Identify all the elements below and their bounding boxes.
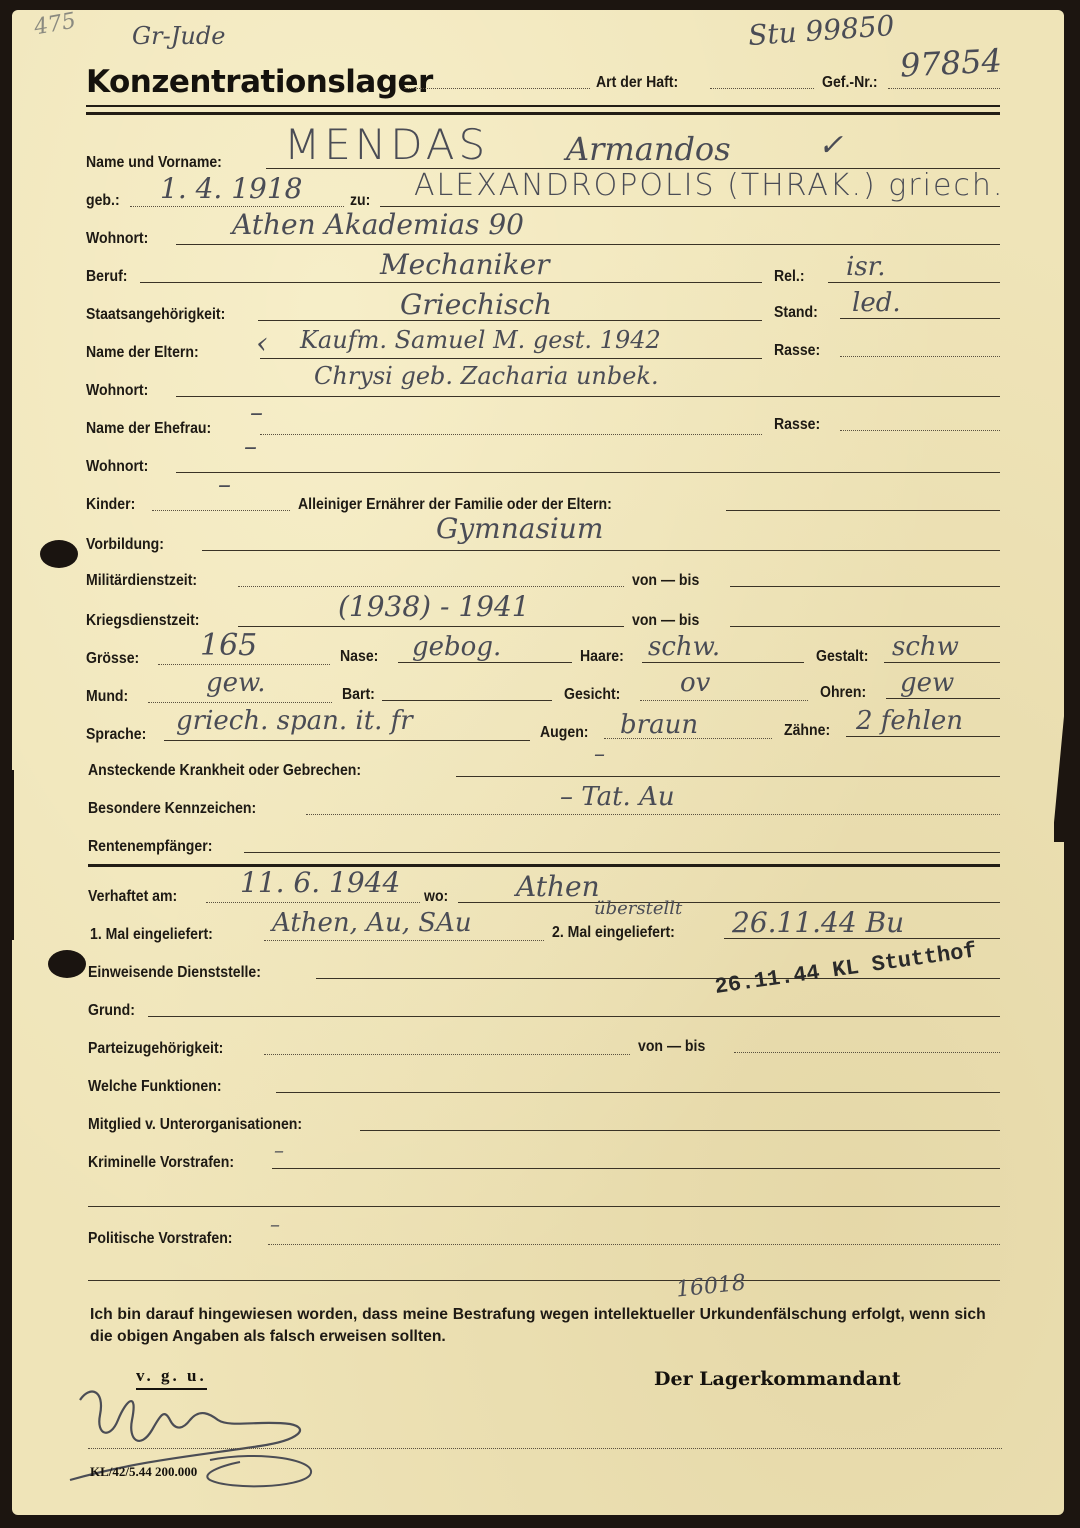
krieg-label: Kriegsdienstzeit: [86, 612, 199, 630]
beruf-label: Beruf: [86, 268, 127, 286]
gef-nr-value: 97854 [899, 41, 1003, 84]
geb-label: geb.: [86, 192, 120, 210]
kinder-value: – [218, 470, 231, 500]
politische-label: Politische Vorstrafen: [88, 1230, 232, 1248]
eltern-wohnort-label: Wohnort: [86, 382, 148, 400]
eltern-father-value: Kaufm. Samuel M. gest. 1942 [300, 326, 661, 354]
vorbildung-label: Vorbildung: [86, 536, 164, 554]
nase-value: gebog. [412, 632, 501, 662]
nase-field[interactable] [398, 662, 572, 663]
groesse-value: 165 [200, 628, 257, 663]
staat-label: Staatsangehörigkeit: [86, 306, 225, 324]
groesse-field[interactable] [158, 664, 330, 665]
eltern-mother-value: Chrysi geb. Zacharia unbek. [314, 362, 659, 390]
gef-nr-label: Gef.-Nr.: [822, 74, 878, 92]
signature-line [88, 1448, 1002, 1449]
verhaftet-field[interactable] [206, 902, 420, 903]
gesicht-label: Gesicht: [564, 686, 620, 704]
mitglied-label: Mitglied v. Unterorganisationen: [88, 1116, 302, 1134]
krieg-value: (1938) - 1941 [338, 590, 530, 623]
ernaehrer-field[interactable] [726, 510, 1000, 511]
eltern-field[interactable] [260, 358, 762, 359]
rasse-label: Rasse: [774, 342, 820, 360]
geb-value: 1. 4. 1918 [160, 172, 303, 205]
partei-bis-field[interactable] [734, 1052, 1000, 1053]
ohren-field[interactable] [886, 698, 1000, 699]
kriminelle-field-line2[interactable] [88, 1206, 1000, 1207]
zu-field[interactable] [380, 206, 1000, 207]
krieg-bis-field[interactable] [730, 626, 1000, 627]
partei-field[interactable] [264, 1054, 630, 1055]
militaer-field[interactable] [238, 586, 624, 587]
zaehne-label: Zähne: [784, 722, 830, 740]
krieg-field[interactable] [238, 626, 624, 627]
ehefrau-wohnort-field[interactable] [176, 472, 1000, 473]
kennzeichen-field[interactable] [306, 814, 1000, 815]
partei-von-bis-label: von — bis [638, 1038, 705, 1056]
rel-value: isr. [846, 252, 886, 282]
bracket-icon: ‹ [256, 326, 268, 361]
rel-label: Rel.: [774, 268, 805, 286]
ehefrau-value: – [250, 398, 263, 428]
bart-label: Bart: [342, 686, 375, 704]
paper-edge-tear-left [0, 770, 14, 940]
art-der-haft-label: Art der Haft: [596, 74, 678, 92]
einweisende-field[interactable] [316, 978, 1000, 979]
stand-value: led. [852, 288, 901, 318]
haare-label: Haare: [580, 648, 624, 666]
rasse2-label: Rasse: [774, 416, 820, 434]
politische-field[interactable] [268, 1244, 1000, 1245]
mund-field[interactable] [148, 702, 332, 703]
krankheit-label: Ansteckende Krankheit oder Gebrechen: [88, 762, 361, 780]
ehefrau-field[interactable] [260, 434, 762, 435]
gesicht-value: ov [680, 668, 710, 698]
augen-value: braun [620, 710, 698, 740]
bart-field[interactable] [382, 700, 552, 701]
politische-value: – [270, 1212, 280, 1236]
section-rule [88, 864, 1000, 867]
surname-value: MENDAS [284, 120, 489, 169]
punch-hole-icon [48, 950, 86, 978]
rente-label: Rentenempfänger: [88, 838, 212, 856]
verhaftet-label: Verhaftet am: [88, 888, 177, 906]
krankheit-value: – [594, 742, 605, 767]
ohren-value: gew [900, 668, 954, 698]
name-label: Name und Vorname: [86, 154, 222, 172]
groesse-label: Grösse: [86, 650, 139, 668]
partei-label: Parteizugehörigkeit: [88, 1040, 223, 1058]
rel-field[interactable] [828, 282, 1000, 283]
haare-field[interactable] [642, 662, 804, 663]
eltern-label: Name der Eltern: [86, 344, 199, 362]
dotted-line [404, 88, 590, 89]
beruf-value: Mechaniker [380, 248, 550, 281]
wo-label: wo: [424, 888, 448, 906]
stand-label: Stand: [774, 304, 818, 322]
mal1-field[interactable] [264, 940, 544, 941]
einweisende-label: Einweisende Dienststelle: [88, 964, 261, 982]
sprache-label: Sprache: [86, 726, 146, 744]
grund-field[interactable] [148, 1016, 1000, 1017]
gesicht-field[interactable] [640, 700, 808, 701]
kriminelle-value: – [274, 1138, 284, 1162]
kennzeichen-value: – Tat. Au [560, 782, 675, 812]
zaehne-value: 2 fehlen [856, 706, 963, 736]
ohren-label: Ohren: [820, 684, 866, 702]
mund-label: Mund: [86, 688, 128, 706]
rente-field[interactable] [244, 852, 1000, 853]
wo-value: Athen [516, 870, 600, 903]
vorbildung-field[interactable] [202, 550, 1000, 551]
declaration-text: Ich bin darauf hingewiesen worden, dass … [90, 1304, 986, 1348]
kriminelle-field[interactable] [272, 1168, 1000, 1169]
mal1-value: Athen, Au, SAu [272, 908, 472, 938]
wohnort-field[interactable] [176, 244, 1000, 245]
verhaftet-value: 11. 6. 1944 [240, 866, 400, 899]
militaer-von-bis-label: von — bis [632, 572, 699, 590]
wohnort-value: Athen Akademias 90 [232, 208, 524, 241]
given-name-value: Armandos [566, 130, 731, 168]
stand-field[interactable] [840, 318, 1000, 319]
gestalt-value: schw [892, 632, 959, 662]
sprache-field[interactable] [164, 740, 530, 741]
sprache-value: griech. span. it. fr [176, 706, 413, 736]
kinder-label: Kinder: [86, 496, 135, 514]
grund-label: Grund: [88, 1002, 135, 1020]
mal1-label: 1. Mal eingeliefert: [90, 926, 213, 944]
art-der-haft-field[interactable] [710, 88, 814, 89]
beruf-field[interactable] [140, 282, 762, 283]
krieg-von-bis-label: von — bis [632, 612, 699, 630]
mal2-label: 2. Mal eingeliefert: [552, 924, 675, 942]
rasse-field[interactable] [840, 356, 1000, 357]
page-title: Konzentrationslager [86, 64, 433, 100]
gestalt-field[interactable] [884, 662, 1000, 663]
kennzeichen-label: Besondere Kennzeichen: [88, 800, 256, 818]
header-rule-thin [86, 105, 1000, 107]
mal2-note: überstellt [594, 898, 682, 919]
augen-label: Augen: [540, 724, 588, 742]
kriminelle-label: Kriminelle Vorstrafen: [88, 1154, 234, 1172]
mund-value: gew. [206, 668, 265, 698]
form-number: KL/42/5.44 200.000 [90, 1464, 197, 1480]
krankheit-field[interactable] [456, 776, 1000, 777]
staat-value: Griechisch [400, 288, 552, 321]
haare-value: schw. [648, 632, 720, 662]
zu-value: ALEXANDROPOLIS (THRAK.) griech. [414, 168, 1004, 203]
gestalt-label: Gestalt: [816, 648, 868, 666]
commandant-label: Der Lagerkommandant [654, 1368, 901, 1390]
geb-field[interactable] [130, 206, 344, 207]
ehefrau-label: Name der Ehefrau: [86, 420, 211, 438]
politische-field-line2[interactable] [88, 1280, 1000, 1281]
punch-hole-icon [40, 540, 78, 568]
eltern-wohnort-field[interactable] [176, 396, 1000, 397]
check-mark-icon: ✓ [818, 128, 843, 163]
kinder-field[interactable] [152, 510, 290, 511]
zaehne-field[interactable] [846, 736, 1000, 737]
category-handwriting: Gr-Jude [132, 22, 225, 50]
ehefrau-wohnort-label: Wohnort: [86, 458, 148, 476]
nase-label: Nase: [340, 648, 378, 666]
ehefrau-wohnort-value: – [244, 432, 257, 462]
funktionen-field[interactable] [276, 1092, 1000, 1093]
militaer-label: Militärdienstzeit: [86, 572, 197, 590]
rasse2-field[interactable] [840, 430, 1000, 431]
funktionen-label: Welche Funktionen: [88, 1078, 222, 1096]
mal2-value: 26.11.44 Bu [732, 906, 904, 939]
mitglied-field[interactable] [360, 1130, 1000, 1131]
vorbildung-value: Gymnasium [436, 512, 603, 545]
militaer-bis-field[interactable] [730, 586, 1000, 587]
header-rule-thick [86, 112, 1000, 115]
gef-nr-field[interactable] [888, 88, 1000, 89]
wohnort-label: Wohnort: [86, 230, 148, 248]
